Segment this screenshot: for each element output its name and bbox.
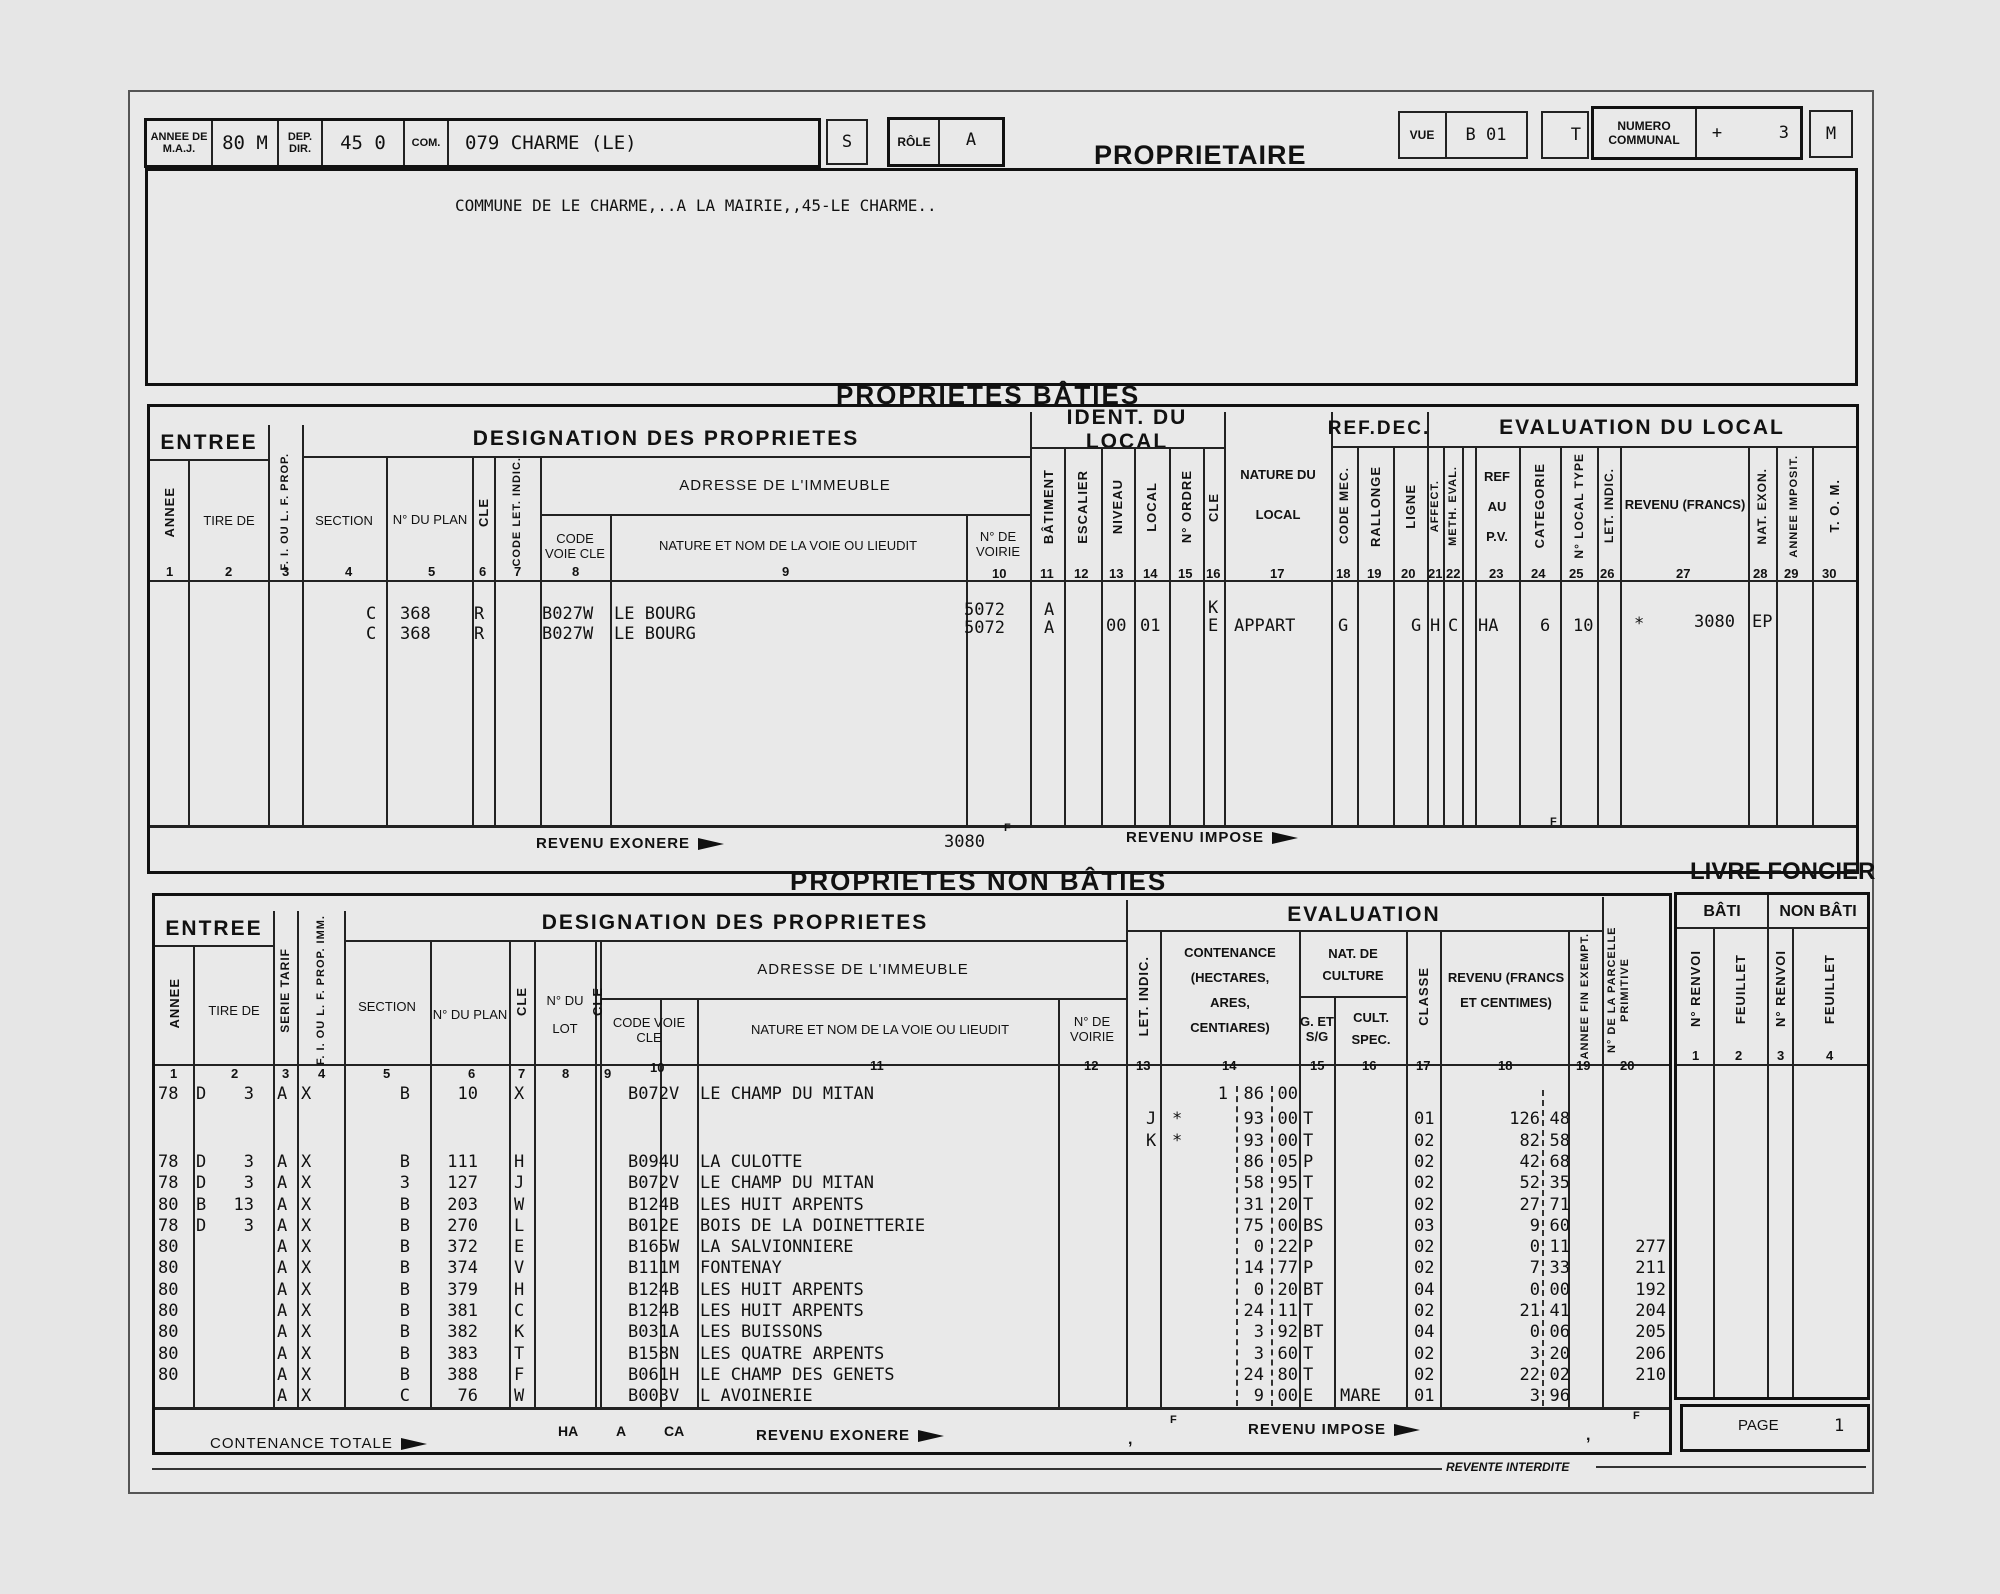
nb-plan: 270	[447, 1216, 478, 1237]
nb-fi: X	[301, 1152, 311, 1173]
nb-serie: A	[277, 1344, 287, 1365]
nb-ca: 77	[1278, 1258, 1298, 1279]
nb-revenu-francs: 3	[1530, 1344, 1540, 1365]
nb-ca: 60	[1278, 1344, 1298, 1365]
label-text: REVENU EXONERE	[756, 1427, 910, 1444]
col-num: 22	[1446, 566, 1460, 581]
nb-voie: LA CULOTTE	[700, 1152, 802, 1173]
annee-maj-label: ANNEE DE M.A.J.	[147, 121, 211, 165]
col-local: LOCAL	[1144, 482, 1159, 532]
col-num: 24	[1531, 566, 1545, 581]
proprietaire-box	[145, 168, 1858, 386]
nb-annee: 80	[158, 1344, 178, 1365]
col-num: 12	[1084, 1058, 1098, 1073]
nb-tire-n: 3	[244, 1216, 254, 1237]
col-num: 17	[1270, 566, 1284, 581]
nb-revenu-centimes: 00	[1550, 1280, 1570, 1301]
col-no-local-type: N° LOCAL TYPE	[1572, 453, 1586, 559]
col-num: 29	[1784, 566, 1798, 581]
nb-cle: T	[514, 1344, 524, 1365]
col-num: 16	[1362, 1058, 1376, 1073]
cell-section: C	[366, 624, 376, 645]
page-number: 1	[1834, 1416, 1844, 1436]
col-num: 27	[1676, 566, 1690, 581]
nb-tire: D	[196, 1084, 206, 1105]
nb-plan: 382	[447, 1322, 478, 1343]
nb-nat-culture-header: NAT. DE CULTURE	[1301, 940, 1405, 990]
nb-ares: 24	[1244, 1365, 1264, 1386]
nb-voie: LA SALVIONNIERE	[700, 1237, 854, 1258]
nb-classe: 02	[1414, 1237, 1434, 1258]
col-cle-local: CLE	[1206, 493, 1221, 522]
nb-parcelle-primitive: 211	[1635, 1258, 1666, 1279]
nb-ca: 00	[1278, 1084, 1298, 1105]
nb-plan: 111	[447, 1152, 478, 1173]
nb-cle: E	[514, 1237, 524, 1258]
col-ref-pv: REF AU P.V.	[1475, 452, 1519, 562]
nb-section: B	[400, 1195, 410, 1216]
col-num: 23	[1489, 566, 1503, 581]
nb-ares: 75	[1244, 1216, 1264, 1237]
nb-ares: 3	[1254, 1322, 1264, 1343]
nb-ares: 86	[1244, 1084, 1264, 1105]
col-num: 13	[1136, 1058, 1150, 1073]
cell-nat-exon: EP	[1752, 612, 1772, 633]
baties-designation-header: DESIGNATION DES PROPRIETES	[302, 422, 1030, 456]
cell-plan: 368	[400, 624, 431, 645]
col-num: 10	[650, 1060, 664, 1075]
nb-col-annee-fin-exempt: ANNEE FIN EXEMPT.	[1579, 933, 1591, 1059]
col-num: 17	[1416, 1058, 1430, 1073]
lf-non-bati-header: NON BÂTI	[1769, 895, 1867, 927]
nb-revenu-centimes: 02	[1550, 1365, 1570, 1386]
col-num: 1	[170, 1066, 177, 1081]
com-label: COM.	[405, 121, 447, 165]
col-num: 2	[225, 564, 232, 579]
nb-gsg: T	[1303, 1301, 1313, 1322]
col-tire-de: TIRE DE	[190, 480, 268, 560]
col-num: 13	[1109, 566, 1123, 581]
baties-ident-header: IDENT. DU LOCAL	[1030, 413, 1224, 447]
nb-ca: 11	[1278, 1301, 1298, 1322]
baties-revenu-exonere-value: 3080	[944, 832, 985, 852]
nb-tire: D	[196, 1173, 206, 1194]
col-num: 21	[1428, 566, 1442, 581]
col-annee: ANNEE	[162, 487, 177, 538]
nb-revenu-francs: 22	[1520, 1365, 1540, 1386]
nb-classe: 04	[1414, 1322, 1434, 1343]
nb-annee: 78	[158, 1173, 178, 1194]
nb-revenu-centimes: 06	[1550, 1322, 1570, 1343]
col-num: 14	[1222, 1058, 1236, 1073]
col-num: 16	[1206, 566, 1220, 581]
nb-gsg: T	[1303, 1109, 1313, 1130]
cell-code-mec: G	[1338, 616, 1348, 637]
nb-annee: 78	[158, 1152, 178, 1173]
col-meth-eval: METH. EVAL.	[1447, 466, 1459, 546]
cell-section: C	[366, 604, 376, 625]
nb-revenu-francs: 52	[1520, 1173, 1540, 1194]
nb-section: B	[400, 1152, 410, 1173]
col-num: 14	[1143, 566, 1157, 581]
baties-entree-header: ENTREE	[150, 427, 268, 459]
col-num: 18	[1498, 1058, 1512, 1073]
livre-foncier-title: LIVRE FONCIER	[1690, 858, 1875, 886]
col-num: 18	[1336, 566, 1350, 581]
nb-code-voie: B124B	[628, 1280, 679, 1301]
nb-classe: 02	[1414, 1258, 1434, 1279]
nb-parcelle-primitive: 210	[1635, 1365, 1666, 1386]
nb-cle: H	[514, 1152, 524, 1173]
col-num: 2	[1735, 1048, 1742, 1063]
nb-col-nature-voie: NATURE ET NOM DE LA VOIE OU LIEUDIT	[710, 1002, 1050, 1058]
numero-communal-label: NUMERO COMMUNAL	[1594, 109, 1694, 157]
nb-ca: 00	[1278, 1109, 1298, 1130]
nb-plan: 372	[447, 1237, 478, 1258]
nb-section: B	[400, 1301, 410, 1322]
col-num: 5	[383, 1066, 390, 1081]
page-label: PAGE	[1738, 1418, 1779, 1433]
nb-cle: X	[514, 1084, 524, 1105]
cell-revenu: 3080	[1694, 612, 1735, 633]
nb-gsg: T	[1303, 1344, 1313, 1365]
com-value: 079 CHARME (LE)	[465, 132, 637, 154]
page-title: PROPRIETAIRE	[1094, 140, 1307, 171]
col-num: 2	[231, 1066, 238, 1081]
nb-ares: 3	[1254, 1344, 1264, 1365]
cell-ref-pv: HA	[1478, 616, 1498, 637]
col-num: 15	[1310, 1058, 1324, 1073]
nb-ca: 20	[1278, 1280, 1298, 1301]
nb-section: B	[400, 1365, 410, 1386]
col-num: 20	[1620, 1058, 1634, 1073]
nb-plan: 10	[458, 1084, 478, 1105]
nb-code-voie: B012E	[628, 1216, 679, 1237]
nb-serie: A	[277, 1195, 287, 1216]
nb-fi: X	[301, 1344, 311, 1365]
col-rallonge: RALLONGE	[1368, 466, 1383, 547]
nb-serie: A	[277, 1386, 287, 1407]
nb-ares: 0	[1254, 1280, 1264, 1301]
nb-ares: 86	[1244, 1152, 1264, 1173]
col-no-ordre: N° ORDRE	[1179, 470, 1194, 543]
nb-plan: 379	[447, 1280, 478, 1301]
col-section: SECTION	[302, 480, 386, 560]
nb-col-cle: CLE	[514, 987, 529, 1016]
nb-col-no-lot: N° DU LOT	[536, 960, 594, 1070]
col-num: 7	[514, 564, 521, 579]
nb-col-no-voirie: N° DE VOIRIE	[1060, 998, 1124, 1060]
nb-ha: 1	[1218, 1084, 1228, 1105]
nb-revenu-centimes: 60	[1550, 1216, 1570, 1237]
proprietaire-text: COMMUNE DE LE CHARME,..A LA MAIRIE,,45-L…	[455, 196, 937, 215]
nb-gsg: BT	[1303, 1322, 1323, 1343]
cell-ligne: G	[1411, 616, 1421, 637]
cell-meth: C	[1448, 616, 1458, 637]
nb-tire-n: 13	[234, 1195, 254, 1216]
nb-revenu-francs: 27	[1520, 1195, 1540, 1216]
nb-revenu-francs: 9	[1530, 1216, 1540, 1237]
cell-niveau: 00	[1106, 616, 1126, 637]
nb-plan: 203	[447, 1195, 478, 1216]
col-num: 3	[282, 564, 289, 579]
nb-tire-n: 3	[244, 1084, 254, 1105]
nb-voie: LE CHAMP DES GENETS	[700, 1365, 894, 1386]
nb-cle: W	[514, 1195, 524, 1216]
nb-ca: 22	[1278, 1237, 1298, 1258]
nb-fi: X	[301, 1365, 311, 1386]
revente-interdite-note: REVENTE INTERDITE	[1446, 1460, 1569, 1474]
nb-annee: 80	[158, 1365, 178, 1386]
numero-communal-sign: +	[1697, 109, 1737, 157]
nb-gsg: P	[1303, 1258, 1313, 1279]
nb-parcelle-primitive: 205	[1635, 1322, 1666, 1343]
nb-serie: A	[277, 1322, 287, 1343]
nb-revenu-francs: 0	[1530, 1237, 1540, 1258]
t-value: T	[1541, 111, 1587, 159]
nb-classe: 01	[1414, 1386, 1434, 1407]
nb-col-annee: ANNEE	[167, 978, 182, 1029]
col-num: 8	[572, 564, 579, 579]
nb-gsg: P	[1303, 1237, 1313, 1258]
nb-cle: C	[514, 1301, 524, 1322]
cell-voirie: 5072	[964, 618, 1005, 639]
nb-voie: FONTENAY	[700, 1258, 782, 1279]
nb-annee: 80	[158, 1280, 178, 1301]
nb-entree-header: ENTREE	[155, 913, 273, 945]
cell-nature-local: APPART	[1234, 616, 1295, 637]
nb-fi: X	[301, 1216, 311, 1237]
arrow-right-icon	[918, 1430, 944, 1442]
col-categorie: CATEGORIE	[1532, 463, 1547, 548]
nb-fi: X	[301, 1258, 311, 1279]
col-affect: AFFECT.	[1429, 480, 1441, 532]
baties-impose-unit: F	[1550, 816, 1557, 828]
nb-voie: L AVOINERIE	[700, 1386, 813, 1407]
nb-cle: F	[514, 1365, 524, 1386]
lf-col-renvoi-bati: N° RENVOI	[1688, 950, 1703, 1027]
nb-classe: 04	[1414, 1280, 1434, 1301]
nb-tire: D	[196, 1152, 206, 1173]
nb-gsg: T	[1303, 1173, 1313, 1194]
nb-adresse-header: ADRESSE DE L'IMMEUBLE	[600, 946, 1126, 992]
nb-plan: 381	[447, 1301, 478, 1322]
nb-revenu-francs: 126	[1509, 1109, 1540, 1130]
nb-parcelle-primitive: 192	[1635, 1280, 1666, 1301]
nb-revenu-francs: 42	[1520, 1152, 1540, 1173]
col-code-mec: CODE MEC.	[1337, 467, 1351, 544]
vue-label: VUE	[1400, 113, 1444, 157]
nb-impose-unit: F	[1633, 1410, 1640, 1422]
lf-col-renvoi-nonbati: N° RENVOI	[1773, 950, 1788, 1027]
nb-voie: LES HUIT ARPENTS	[700, 1301, 864, 1322]
nb-cle: K	[514, 1322, 524, 1343]
nb-section: C	[400, 1386, 410, 1407]
nb-col-cult-spec: CULT. SPEC.	[1336, 1000, 1406, 1058]
nb-fi: X	[301, 1301, 311, 1322]
nb-plan: 374	[447, 1258, 478, 1279]
col-num: 26	[1600, 566, 1614, 581]
nb-tire: B	[196, 1195, 206, 1216]
baties-evaluation-header: EVALUATION DU LOCAL	[1427, 410, 1857, 446]
col-escalier: ESCALIER	[1075, 470, 1090, 544]
nb-section: B	[400, 1322, 410, 1343]
nb-code-voie: B158N	[628, 1344, 679, 1365]
nb-voie: BOIS DE LA DOINETTERIE	[700, 1216, 925, 1237]
nb-fi: X	[301, 1386, 311, 1407]
nb-revenu-centimes: 48	[1550, 1109, 1570, 1130]
nb-code-voie: B003V	[628, 1386, 679, 1407]
nb-ca: 80	[1278, 1365, 1298, 1386]
baties-revenu-exonere-label: REVENU EXONERE	[536, 836, 724, 851]
nb-section: B	[400, 1237, 410, 1258]
nb-ca: 05	[1278, 1152, 1298, 1173]
nb-cle: L	[514, 1216, 524, 1237]
nb-code-voie: B031A	[628, 1322, 679, 1343]
nb-tire-n: 3	[244, 1173, 254, 1194]
cell-voie: LE BOURG	[614, 624, 696, 645]
col-num: 11	[870, 1058, 884, 1073]
nb-ares: 58	[1244, 1173, 1264, 1194]
nb-voie: LE CHAMP DU MITAN	[700, 1173, 874, 1194]
cell-code-voie: B027W	[542, 604, 593, 625]
nb-col-tire-de: TIRE DE	[195, 970, 273, 1050]
col-num: 11	[1040, 566, 1054, 581]
col-cle: CLE	[476, 498, 491, 527]
nb-gsg: T	[1303, 1131, 1313, 1152]
nb-revenu-francs: 0	[1530, 1280, 1540, 1301]
col-ligne: LIGNE	[1403, 484, 1418, 529]
contenance-ha: HA	[558, 1424, 578, 1439]
nb-classe: 02	[1414, 1195, 1434, 1216]
dep-dir-value: 45 0	[323, 121, 403, 165]
col-num: 6	[468, 1066, 475, 1081]
cell-batiment: A	[1044, 618, 1054, 639]
nb-annee: 80	[158, 1301, 178, 1322]
nb-gsg: E	[1303, 1386, 1313, 1407]
col-niveau: NIVEAU	[1110, 479, 1125, 534]
nb-gsg: T	[1303, 1195, 1313, 1216]
nb-fi: X	[301, 1084, 311, 1105]
col-num: 25	[1569, 566, 1583, 581]
nb-fi: X	[301, 1195, 311, 1216]
lf-col-feuillet-bati: FEUILLET	[1733, 954, 1748, 1024]
nb-annee: 80	[158, 1258, 178, 1279]
nb-plan: 383	[447, 1344, 478, 1365]
col-annee-imposit: ANNEE IMPOSIT.	[1788, 455, 1800, 558]
nb-revenu-centimes: 68	[1550, 1152, 1570, 1173]
cell-plan: 368	[400, 604, 431, 625]
nb-col-serie-tarif: SERIE TARIF	[278, 948, 292, 1033]
contenance-ca: CA	[664, 1424, 684, 1439]
label-text: REVENU IMPOSE	[1248, 1421, 1386, 1438]
role-value: A	[940, 120, 1002, 160]
nb-let: K	[1146, 1131, 1156, 1152]
col-tom: T. O. M.	[1827, 479, 1842, 533]
nb-revenu-francs: 82	[1520, 1131, 1540, 1152]
nb-gsg: BT	[1303, 1280, 1323, 1301]
cell-code-voie: B027W	[542, 624, 593, 645]
nb-impose-sep: ,	[1586, 1428, 1590, 1443]
nb-fi: X	[301, 1173, 311, 1194]
label-text: REVENU EXONERE	[536, 835, 690, 852]
nb-code-voie: B094U	[628, 1152, 679, 1173]
nb-ca: 95	[1278, 1173, 1298, 1194]
nb-classe: 03	[1414, 1216, 1434, 1237]
nb-code-voie: B124B	[628, 1195, 679, 1216]
cell-local-type: 10	[1573, 616, 1593, 637]
label-text: REVENU IMPOSE	[1126, 829, 1264, 846]
baties-adresse-header: ADRESSE DE L'IMMEUBLE	[540, 462, 1030, 508]
nb-plan: 388	[447, 1365, 478, 1386]
nb-ca: 00	[1278, 1216, 1298, 1237]
col-num: 19	[1367, 566, 1381, 581]
col-num: 6	[479, 564, 486, 579]
nb-ca: 20	[1278, 1195, 1298, 1216]
col-num: 4	[318, 1066, 325, 1081]
nb-voie: LES HUIT ARPENTS	[700, 1280, 864, 1301]
nb-voie: LES BUISSONS	[700, 1322, 823, 1343]
col-num: 8	[562, 1066, 569, 1081]
cell-cle: R	[474, 624, 484, 645]
col-num: 30	[1822, 566, 1836, 581]
col-no-plan: N° DU PLAN	[388, 470, 472, 570]
nb-evaluation-header: EVALUATION	[1126, 900, 1602, 930]
col-num: 1	[1692, 1048, 1699, 1063]
nb-classe: 02	[1414, 1173, 1434, 1194]
label-text: CONTENANCE TOTALE	[210, 1435, 393, 1452]
col-num: 3	[282, 1066, 289, 1081]
nb-designation-header: DESIGNATION DES PROPRIETES	[344, 906, 1126, 940]
nb-revenu-centimes: 33	[1550, 1258, 1570, 1279]
nb-annee: 80	[158, 1195, 178, 1216]
nb-classe: 02	[1414, 1152, 1434, 1173]
nb-tire-n: 3	[244, 1152, 254, 1173]
arrow-right-icon	[1272, 832, 1298, 844]
nb-classe: 02	[1414, 1131, 1434, 1152]
nb-revenu-centimes: 58	[1550, 1131, 1570, 1152]
col-num: 9	[604, 1066, 611, 1081]
nb-col-section: SECTION	[344, 966, 430, 1046]
col-nature-local: NATURE DU LOCAL	[1226, 430, 1330, 560]
cell-affect: H	[1430, 616, 1440, 637]
nb-annee: 80	[158, 1322, 178, 1343]
nb-fi: X	[301, 1280, 311, 1301]
nb-revenu-centimes: 11	[1550, 1237, 1570, 1258]
baties-revenu-impose-label: REVENU IMPOSE	[1126, 830, 1298, 845]
nb-revenu-francs: 7	[1530, 1258, 1540, 1279]
col-num: 1	[166, 564, 173, 579]
nb-ares: 24	[1244, 1301, 1264, 1322]
nb-annee: 78	[158, 1084, 178, 1105]
nb-voie: LES QUATRE ARPENTS	[700, 1344, 884, 1365]
nb-revenu-centimes: 41	[1550, 1301, 1570, 1322]
contenance-a: A	[616, 1424, 626, 1439]
nb-tire: D	[196, 1216, 206, 1237]
col-batiment: BÂTIMENT	[1041, 469, 1056, 544]
nb-let: J	[1146, 1109, 1156, 1130]
nb-col-g-sg: G. ET S/G	[1300, 1000, 1334, 1058]
nb-ca: 92	[1278, 1322, 1298, 1343]
col-nat-exon: NAT. EXON.	[1755, 468, 1769, 544]
cell-revenu-star: *	[1634, 614, 1644, 635]
nb-ares: 93	[1244, 1109, 1264, 1130]
nb-plan: 127	[447, 1173, 478, 1194]
col-num: 19	[1576, 1058, 1590, 1073]
contenance-totale-label: CONTENANCE TOTALE	[210, 1436, 427, 1451]
col-num: 9	[782, 564, 789, 579]
nb-serie: A	[277, 1280, 287, 1301]
